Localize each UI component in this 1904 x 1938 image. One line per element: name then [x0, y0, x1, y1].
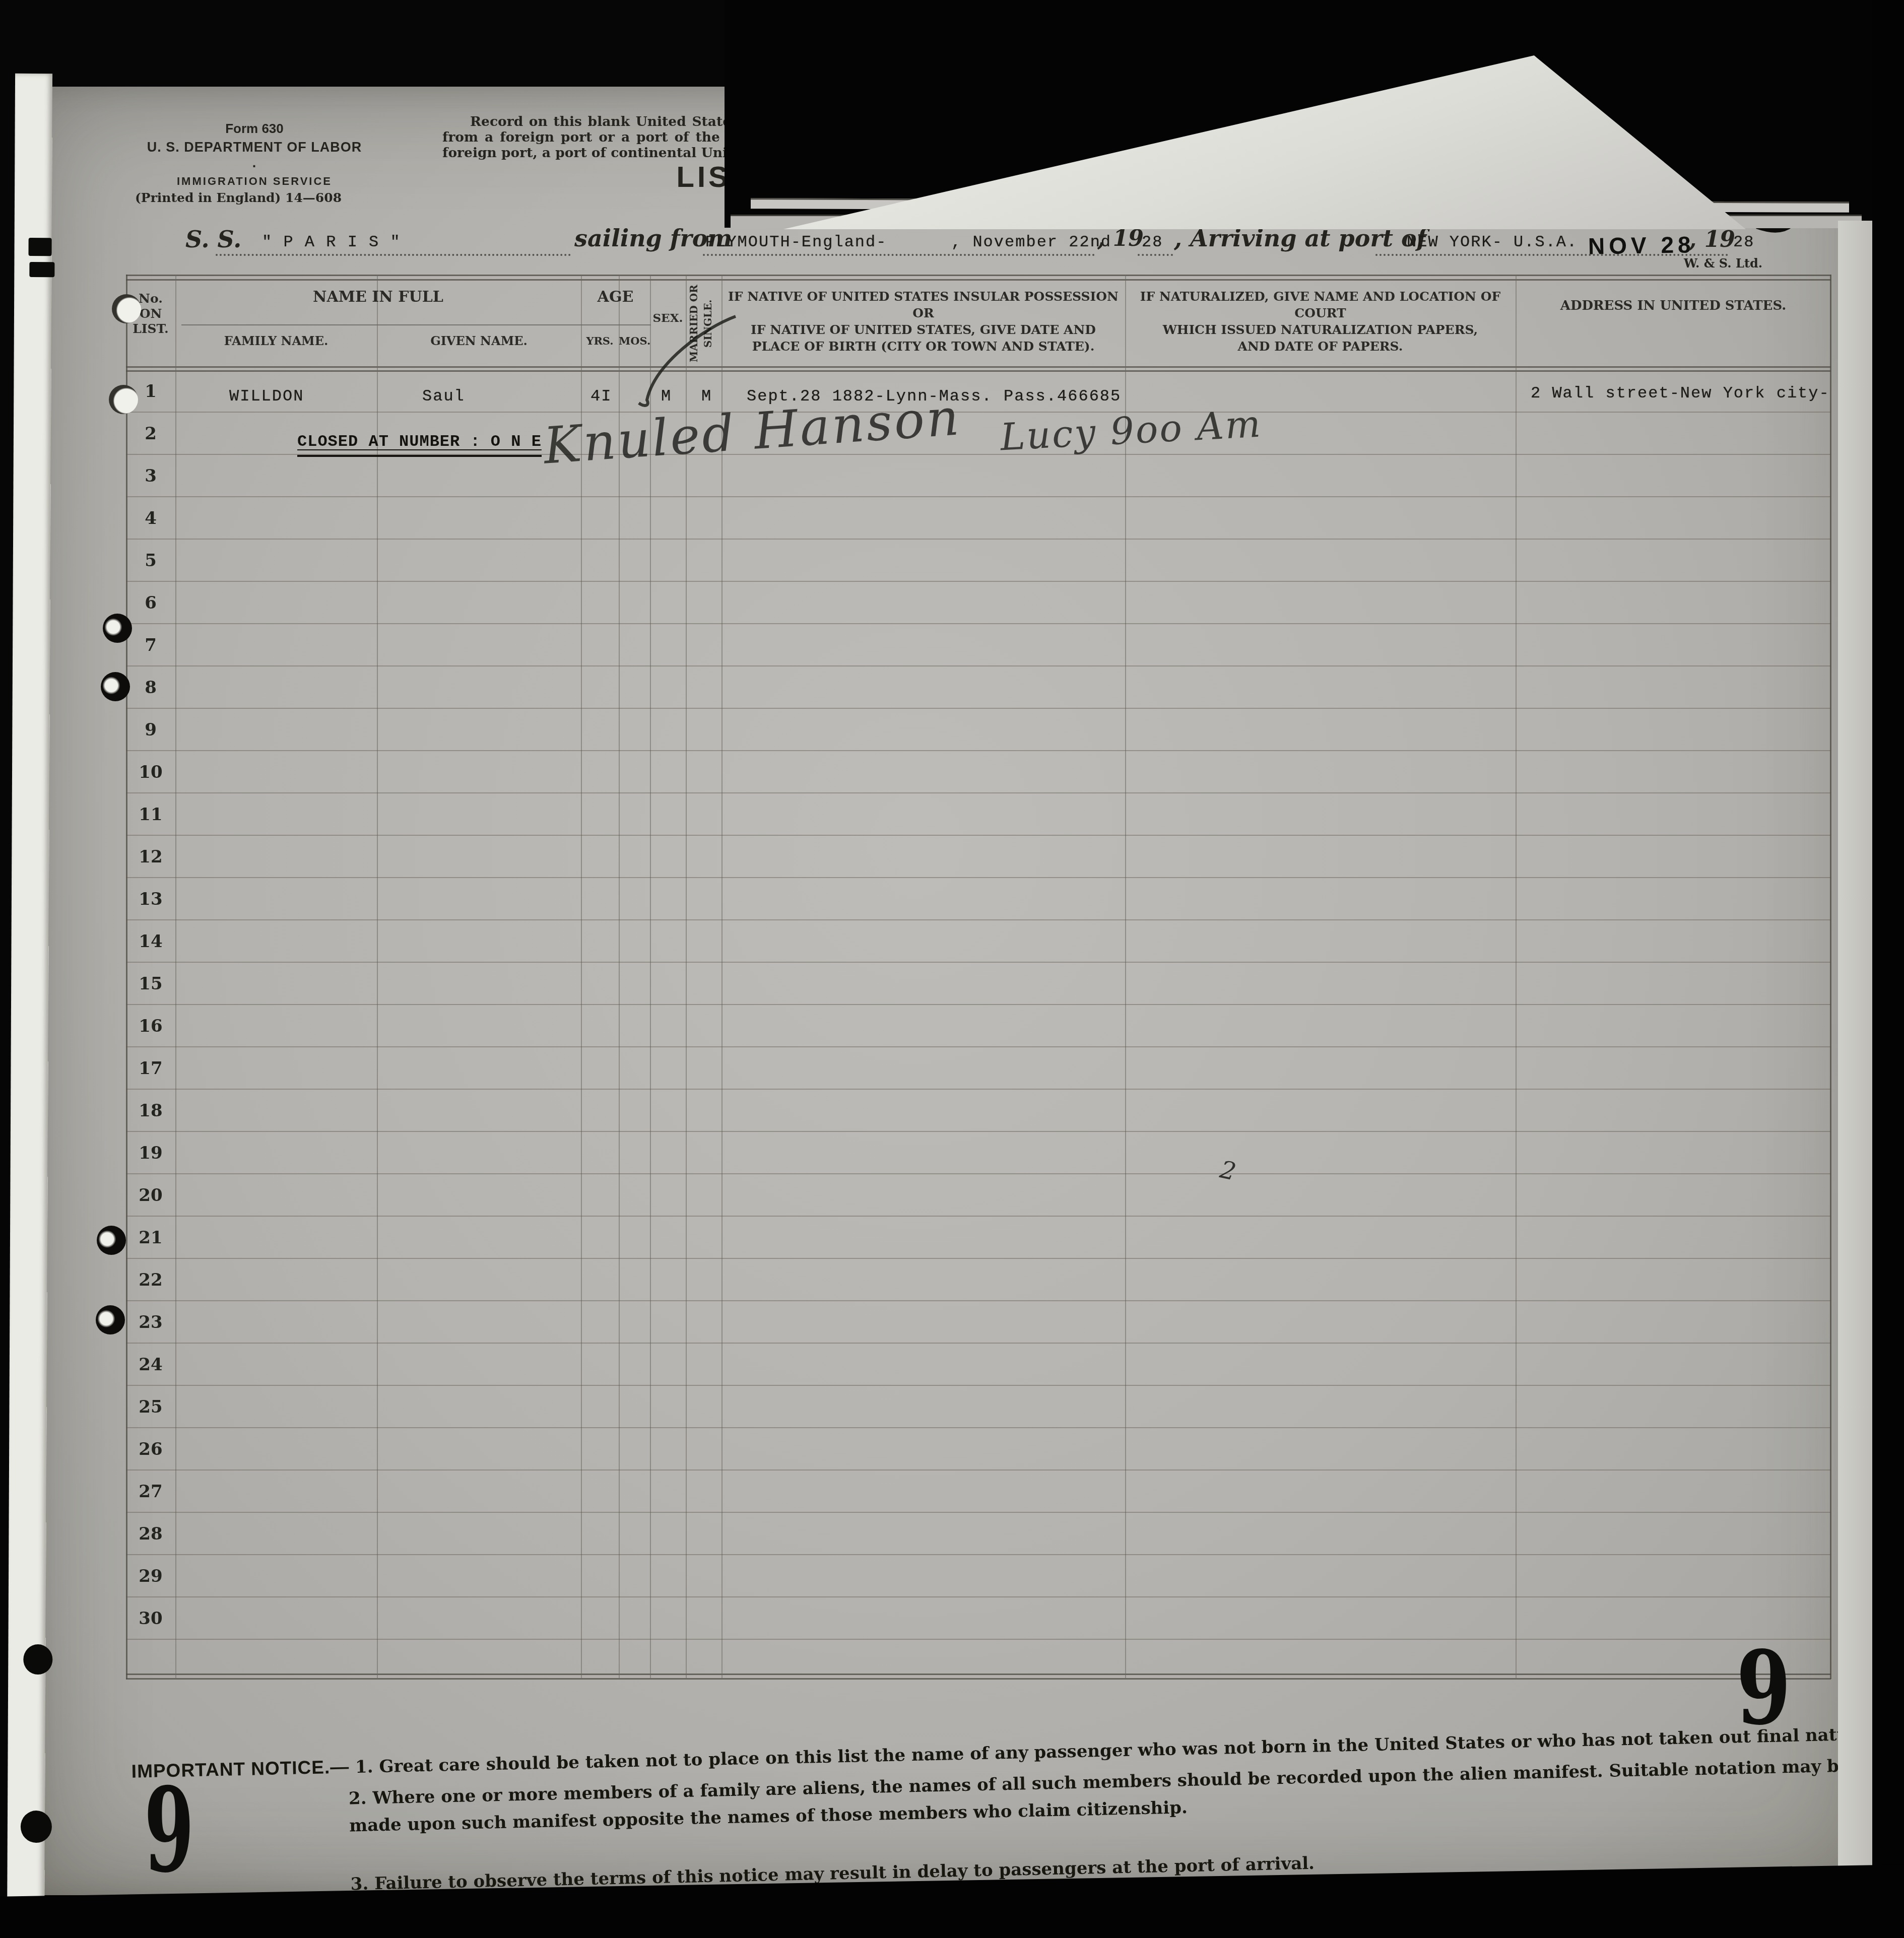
- table-row: 27: [126, 1471, 1831, 1513]
- row-number: 13: [126, 889, 175, 909]
- punch-hole: [109, 385, 138, 414]
- passenger-passport: Pass.466685: [1004, 387, 1121, 406]
- printed-in-note: (Printed in England) 14—608: [135, 190, 342, 205]
- row-number: 29: [126, 1566, 175, 1586]
- table-row: 17: [126, 1047, 1831, 1090]
- header-bottom-line-1: [126, 366, 1831, 368]
- table-row: 7: [126, 624, 1831, 666]
- row-number: 10: [126, 762, 175, 782]
- table-row: 3: [126, 455, 1831, 497]
- row-number: 28: [126, 1524, 175, 1544]
- row-number: 14: [126, 931, 175, 952]
- table-row: 11: [126, 793, 1831, 836]
- passenger-sex: M: [661, 387, 672, 406]
- table-row: 13: [126, 878, 1831, 920]
- row-number: 30: [126, 1609, 175, 1629]
- table-top-line-1: [126, 275, 1831, 276]
- ss-label: S. S.: [185, 226, 241, 253]
- row-number: 25: [126, 1397, 175, 1417]
- table-row: 29: [126, 1555, 1831, 1597]
- port-dotted-line: [703, 254, 1095, 256]
- scanned-manifest-document: Form 630 U. S. DEPARTMENT OF LABOR . IMM…: [0, 0, 1904, 1938]
- arrival-port: NEW YORK- U.S.A.: [1407, 233, 1578, 251]
- table-row: 6: [126, 582, 1831, 624]
- table-row: 24: [126, 1344, 1831, 1386]
- row-number: 7: [126, 635, 175, 655]
- page-stamp-9-bottom-right: 9: [1736, 1648, 1791, 1729]
- punch-hole: [112, 294, 141, 323]
- row-number: 8: [126, 678, 175, 698]
- table-row: 28: [126, 1513, 1831, 1555]
- table-top-line-2: [126, 279, 1831, 281]
- row-number: 17: [126, 1058, 175, 1079]
- punch-hole: [23, 1644, 52, 1675]
- table-row: 21: [126, 1217, 1831, 1259]
- punch-hole: [97, 1226, 126, 1255]
- printer-mark: W. & S. Ltd.: [1678, 256, 1768, 271]
- header-sex: SEX.: [650, 311, 686, 325]
- row-number: 22: [126, 1270, 175, 1290]
- row-number: 3: [126, 466, 175, 486]
- scan-black-background-right: [1872, 0, 1904, 1938]
- row-number: 19: [126, 1143, 175, 1163]
- punch-hole: [96, 1305, 125, 1334]
- table-row: 10: [126, 751, 1831, 793]
- header-age: AGE: [581, 288, 650, 306]
- table-row: 12: [126, 836, 1831, 878]
- table-row: 9: [126, 709, 1831, 751]
- year-printed: , 19: [1097, 226, 1144, 251]
- sailing-port: PLYMOUTH-England-: [705, 233, 887, 251]
- table-row: 16: [126, 1005, 1831, 1047]
- passenger-family-name: WILLDON: [229, 387, 304, 406]
- table-row: 18: [126, 1090, 1831, 1132]
- table-row: 8: [126, 666, 1831, 709]
- page-left-torn-edge: [7, 74, 52, 1938]
- row-number: 2: [126, 424, 175, 444]
- header-given-name: GIVEN NAME.: [377, 333, 581, 348]
- table-row: 15: [126, 963, 1831, 1005]
- edge-artifact: [28, 238, 51, 256]
- table-row: 5: [126, 540, 1831, 582]
- arrival-year-printed: , 19: [1689, 227, 1735, 252]
- row-number: 26: [126, 1439, 175, 1459]
- table-row: 4: [126, 497, 1831, 540]
- header-yrs: YRS.: [581, 335, 619, 347]
- row-number: 5: [126, 551, 175, 571]
- passenger-age-yrs: 4I: [590, 387, 612, 406]
- row-number: 9: [126, 720, 175, 740]
- row-number: 4: [126, 508, 175, 528]
- passenger-given-name: Saul: [422, 387, 465, 406]
- header-family-name: FAMILY NAME.: [175, 333, 377, 348]
- service-name: IMMIGRATION SERVICE: [144, 175, 365, 188]
- table-footer-band: [126, 1640, 1831, 1703]
- punch-hole: [103, 614, 132, 643]
- ship-dotted-line: [216, 254, 571, 256]
- row-number: 11: [126, 805, 175, 825]
- form-number: Form 630: [144, 121, 365, 137]
- header-married-or-single: MARRIED OR SINGLE.: [687, 278, 720, 369]
- row-number: 27: [126, 1482, 175, 1502]
- year-dotted-line: [1138, 254, 1173, 256]
- edge-artifact: [29, 262, 54, 277]
- passenger-married: M: [701, 387, 712, 406]
- sailing-date: , November 22nd: [951, 233, 1111, 251]
- header-naturalized: IF NATURALIZED, GIVE NAME AND LOCATION O…: [1125, 288, 1516, 355]
- punch-hole: [101, 672, 130, 701]
- row-number: 16: [126, 1016, 175, 1036]
- header-name-in-full: NAME IN FULL: [175, 288, 581, 306]
- header-mos: MOS.: [619, 335, 650, 347]
- page-stamp-9-bottom-left: 9: [144, 1784, 194, 1877]
- passenger-address: 2 Wall street-New York city-: [1531, 384, 1830, 403]
- table-row: 14: [126, 920, 1831, 963]
- row-number: 23: [126, 1312, 175, 1332]
- table-body: 1234567891011121314151617181920212223242…: [126, 370, 1831, 1703]
- header-birth: IF NATIVE OF UNITED STATES INSULAR POSSE…: [721, 288, 1125, 355]
- department-name: U. S. DEPARTMENT OF LABOR .: [144, 140, 365, 171]
- row-number: 15: [126, 974, 175, 994]
- row-number: 18: [126, 1101, 175, 1121]
- row-number: 6: [126, 593, 175, 613]
- table-row: 20: [126, 1174, 1831, 1217]
- table-row: 25: [126, 1386, 1831, 1428]
- ship-name: " P A R I S ": [262, 233, 401, 251]
- form-identification: Form 630 U. S. DEPARTMENT OF LABOR . IMM…: [144, 121, 365, 188]
- table-row: 26: [126, 1428, 1831, 1471]
- page-right-edge: [1838, 221, 1874, 1868]
- punch-hole: [21, 1811, 52, 1843]
- table-row: 19: [126, 1132, 1831, 1174]
- row-number: 12: [126, 847, 175, 867]
- table-row: 23: [126, 1301, 1831, 1344]
- table-row: 30: [126, 1597, 1831, 1640]
- header-address: ADDRESS IN UNITED STATES.: [1516, 298, 1831, 313]
- table-row: 22: [126, 1259, 1831, 1301]
- year-typed: 28: [1142, 233, 1163, 251]
- row-number: 20: [126, 1185, 175, 1206]
- row-number: 24: [126, 1355, 175, 1375]
- row-number: 21: [126, 1228, 175, 1248]
- arrival-year-typed: 28: [1733, 233, 1754, 251]
- closed-at-number-note: CLOSED AT NUMBER : O N E: [297, 432, 542, 457]
